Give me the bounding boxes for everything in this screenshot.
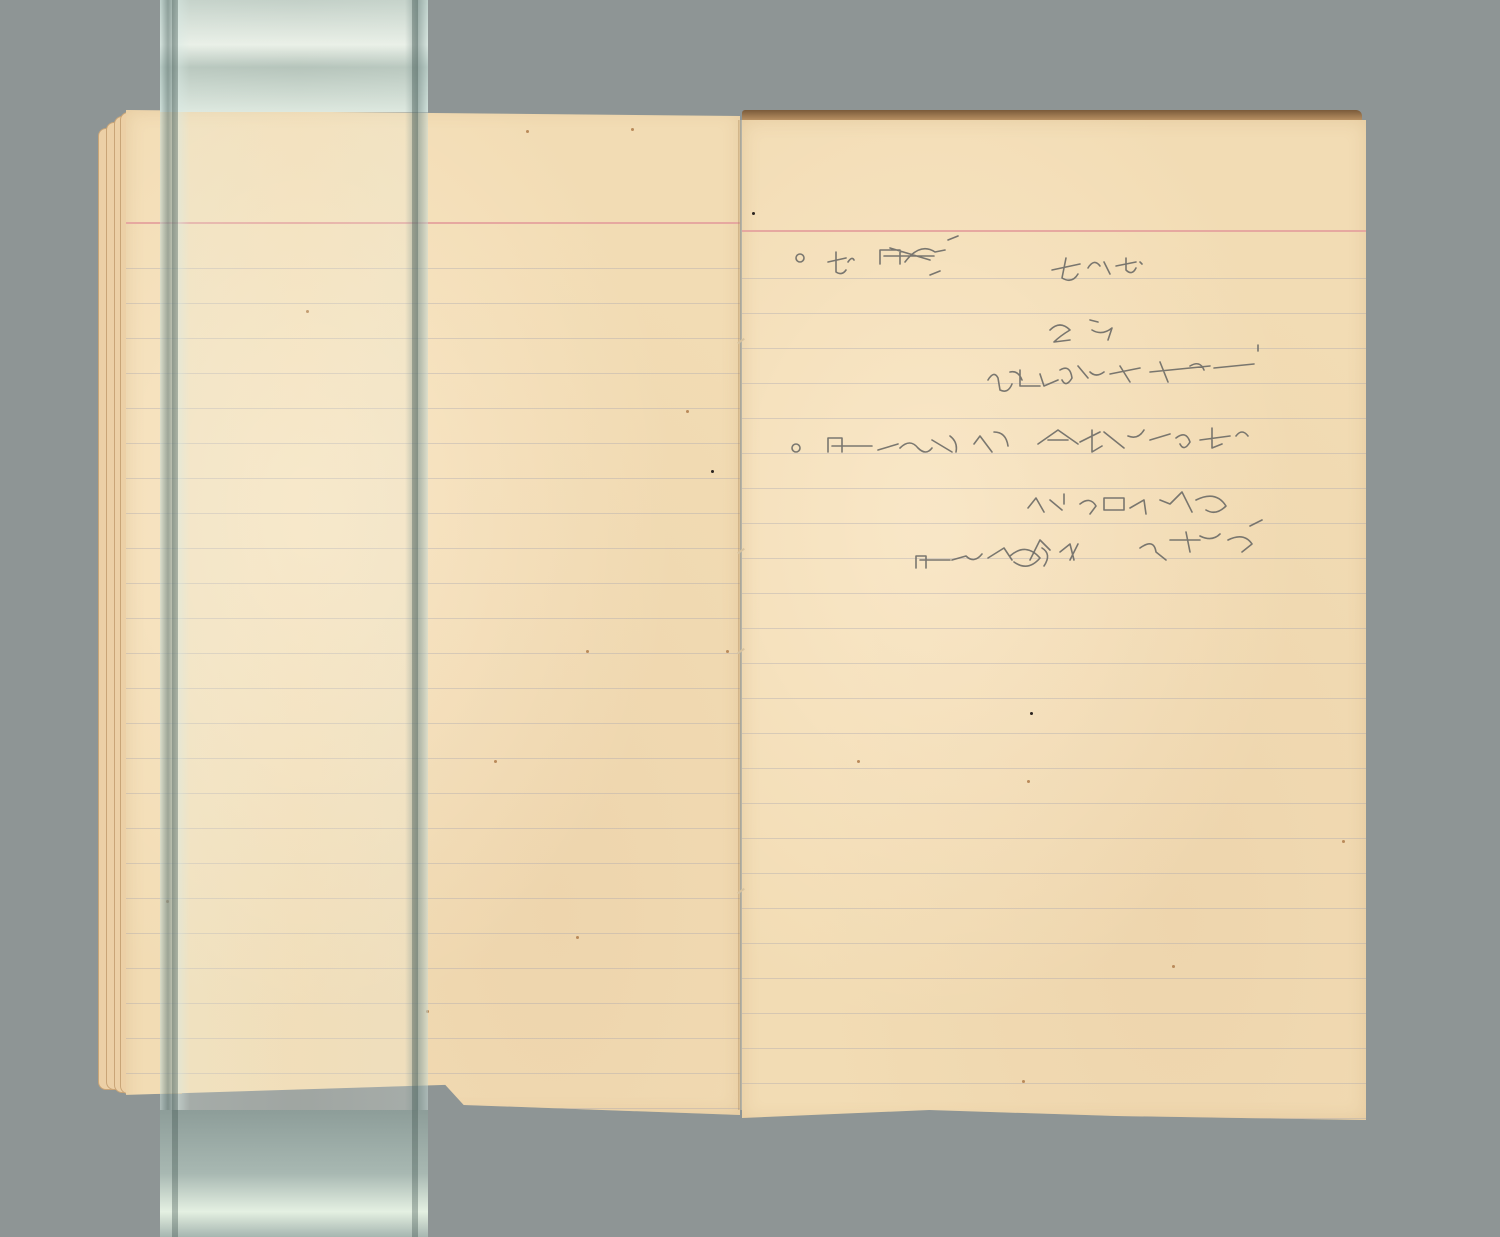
glass-weight: [160, 0, 428, 1237]
glass-edge-right: [412, 0, 418, 1237]
glass-weight-bottom: [160, 1110, 428, 1237]
glass-edge-left: [172, 0, 178, 1237]
